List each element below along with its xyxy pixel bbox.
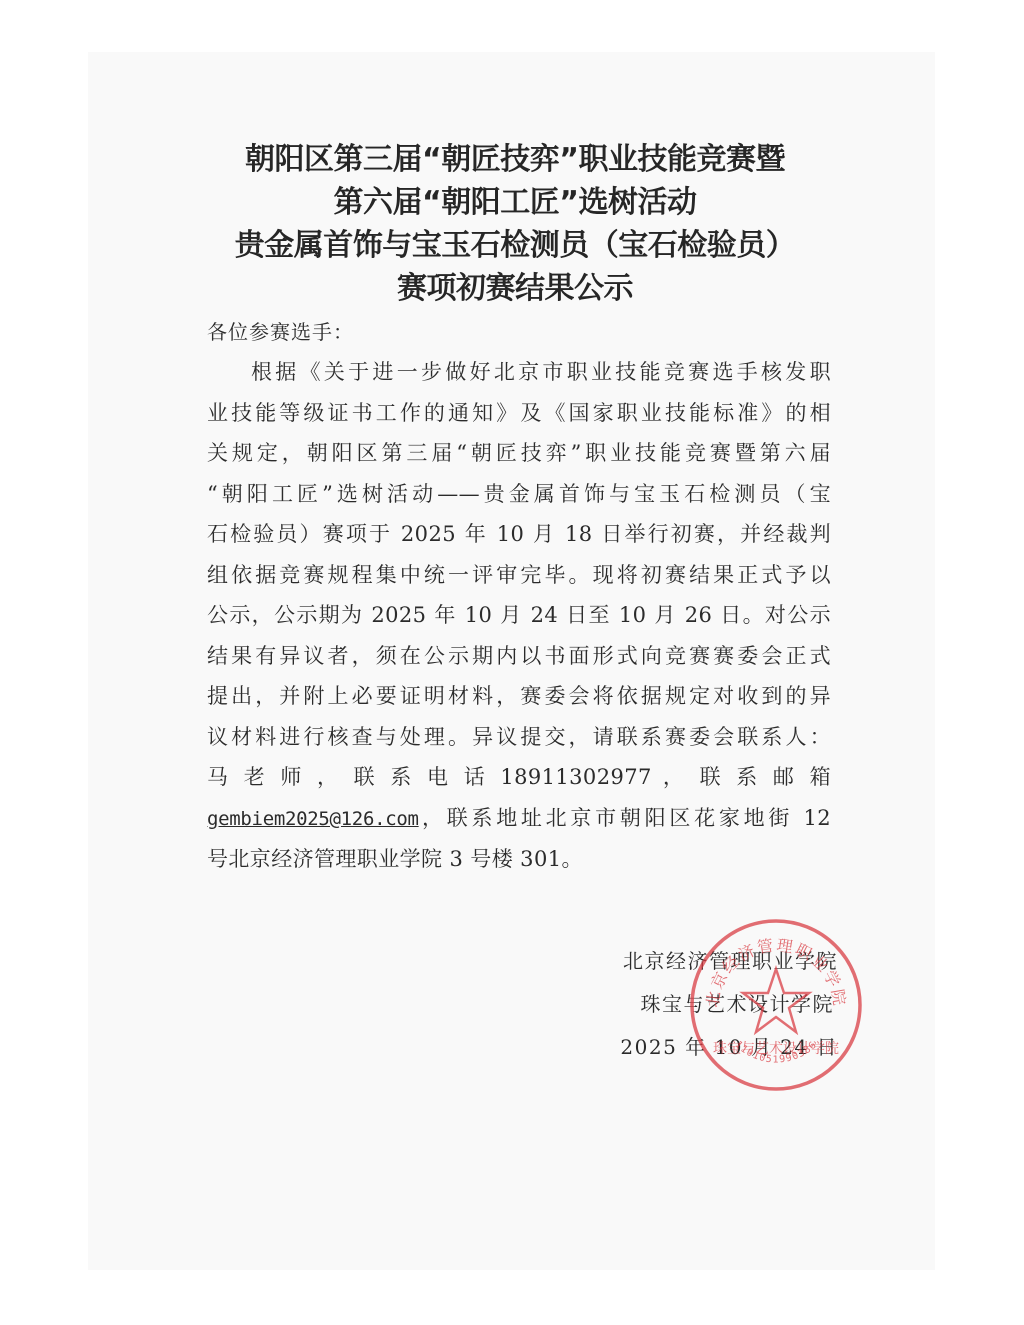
title-line-3: 贵金属首饰与宝玉石检测员（宝石检验员） <box>100 224 930 267</box>
body-line: 提出，并附上必要证明材料，赛委会将依据规定对收到的异 <box>207 676 831 717</box>
signature-dept: 珠宝与艺术设计学院 <box>620 983 838 1026</box>
body-line: 关规定，朝阳区第三届“朝匠技弈”职业技能竞赛暨第六届 <box>207 433 831 474</box>
body-line: 根据《关于进一步做好北京市职业技能竞赛选手核发职 <box>207 352 831 393</box>
body-line: 石检验员）赛项于 2025 年 10 月 18 日举行初赛，并经裁判 <box>207 514 831 555</box>
email-address-line: gembiem2025@126.com，联系地址北京市朝阳区花家地街 12 <box>207 798 831 840</box>
title-line-1: 朝阳区第三届“朝匠技弈”职业技能竞赛暨 <box>100 138 930 181</box>
signature-block: 北京经济管理职业学院 珠宝与艺术设计学院 2025 年 10 月 24 日 <box>620 940 838 1069</box>
email-link[interactable]: gembiem2025@126.com <box>207 808 419 830</box>
salutation: 各位参赛选手： <box>207 312 831 352</box>
signature-date: 2025 年 10 月 24 日 <box>620 1026 838 1069</box>
title-line-2: 第六届“朝阳工匠”选树活动 <box>100 181 930 224</box>
body-line: 公示，公示期为 2025 年 10 月 24 日至 10 月 26 日。对公示 <box>207 595 831 636</box>
title-line-4: 赛项初赛结果公示 <box>100 267 930 310</box>
signature-org: 北京经济管理职业学院 <box>620 940 838 983</box>
document-title: 朝阳区第三届“朝匠技弈”职业技能竞赛暨 第六届“朝阳工匠”选树活动 贵金属首饰与… <box>100 138 930 310</box>
contact-line: 马 老 师 ， 联 系 电 话 18911302977 ， 联 系 邮 箱 <box>207 757 831 798</box>
body-line: “朝阳工匠”选树活动——贵金属首饰与宝玉石检测员（宝 <box>207 474 831 515</box>
body-line: 议材料进行核查与处理。异议提交，请联系赛委会联系人： <box>207 717 831 758</box>
body-line: 结果有异议者，须在公示期内以书面形式向竞赛赛委会正式 <box>207 636 831 677</box>
body-line: 组依据竞赛规程集中统一评审完毕。现将初赛结果正式予以 <box>207 555 831 596</box>
final-line: 号北京经济管理职业学院 3 号楼 301。 <box>207 839 831 880</box>
address-text: ，联系地址北京市朝阳区花家地街 12 <box>419 806 831 830</box>
document-body: 各位参赛选手： 根据《关于进一步做好北京市职业技能竞赛选手核发职 业技能等级证书… <box>207 312 831 880</box>
body-line: 业技能等级证书工作的通知》及《国家职业技能标准》的相 <box>207 393 831 434</box>
